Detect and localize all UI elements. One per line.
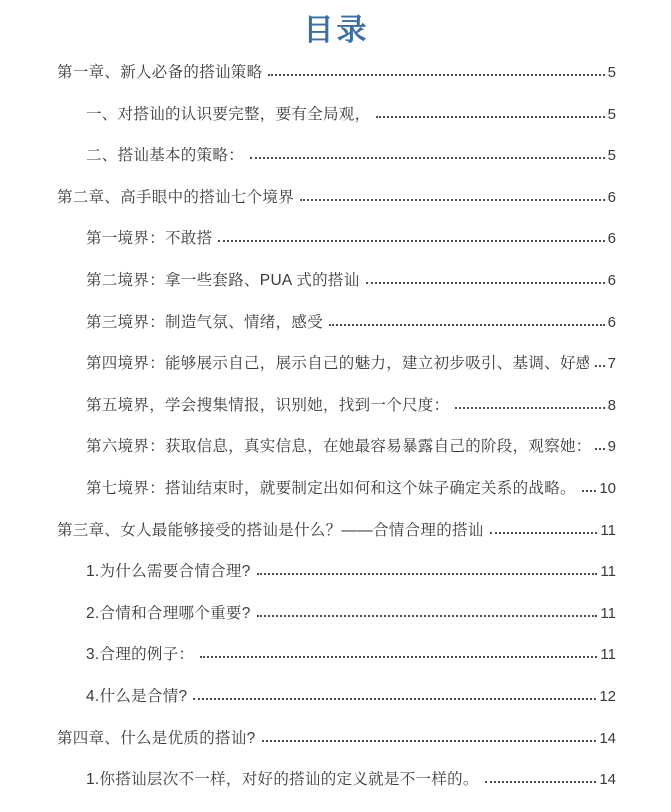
page-number: 6 [608, 272, 616, 289]
toc-entry-text: 一、对搭讪的认识要完整，要有全局观， [86, 94, 370, 136]
page-number: 11 [600, 646, 616, 663]
dot-leader [366, 282, 605, 284]
toc-entry[interactable]: 第四境界：能够展示自己，展示自己的魅力，建立初步吸引、基调、好感 7 [57, 343, 616, 385]
page-number: 5 [608, 147, 616, 164]
toc-entry[interactable]: 第五境界，学会搜集情报，识别她，找到一个尺度： 8 [57, 385, 616, 427]
toc-entry[interactable]: 二、搭讪基本的策略： 5 [57, 135, 616, 177]
toc-page: 目录 第一章、新人必备的搭讪策略 5 一、对搭讪的认识要完整，要有全局观， 5 … [0, 0, 671, 812]
page-number: 9 [608, 438, 616, 455]
toc-entry[interactable]: 第一境界：不敢搭 6 [57, 218, 616, 260]
toc-entry-text: 第七境界：搭讪结束时，就要制定出如何和这个妹子确定关系的战略。 [86, 468, 576, 510]
toc-entry[interactable]: 1.你搭讪层次不一样，对好的搭讪的定义就是不一样的。 14 [57, 759, 616, 801]
dot-leader [268, 74, 604, 76]
dot-leader [329, 324, 605, 326]
toc-entry-text: 3.合理的例子： [86, 634, 194, 676]
dot-leader [193, 698, 596, 700]
page-number: 6 [608, 314, 616, 331]
toc-entry[interactable]: 第四章、什么是优质的搭讪? 14 [57, 718, 616, 760]
toc-entry-text: 第六境界：获取信息，真实信息，在她最容易暴露自己的阶段，观察她： [86, 426, 589, 468]
toc-entry[interactable]: 第二章、高手眼中的搭讪七个境界 6 [57, 177, 616, 219]
dot-leader [455, 407, 604, 409]
dot-leader [485, 781, 597, 783]
page-number: 11 [600, 563, 616, 580]
page-number: 12 [599, 688, 616, 705]
toc-entry-text: 第三境界：制造气氛、情绪，感受 [86, 302, 323, 344]
toc-entry[interactable]: 2.合情和合理哪个重要? 11 [57, 593, 616, 635]
toc-entry[interactable]: 第三章、女人最能够接受的搭讪是什么？——合情合理的搭讪 11 [57, 510, 616, 552]
toc-entry[interactable]: 第二境界：拿一些套路、PUA 式的搭讪 6 [57, 260, 616, 302]
page-number: 10 [599, 480, 616, 497]
page-number: 11 [600, 522, 616, 539]
toc-entry[interactable]: 3.合理的例子： 11 [57, 634, 616, 676]
dot-leader [262, 740, 597, 742]
dot-leader [595, 365, 605, 367]
toc-entry-text: 第三章、女人最能够接受的搭讪是什么？——合情合理的搭讪 [57, 510, 484, 552]
dot-leader [582, 490, 597, 492]
toc-entry-text: 第四章、什么是优质的搭讪? [57, 718, 256, 760]
toc-entry[interactable]: 一、对搭讪的认识要完整，要有全局观， 5 [57, 94, 616, 136]
dot-leader [257, 573, 598, 575]
page-number: 11 [600, 605, 616, 622]
page-number: 6 [608, 189, 616, 206]
toc-entry-text: 第五境界，学会搜集情报，识别她，找到一个尺度： [86, 385, 449, 427]
toc-entry[interactable]: 4.什么是合情? 12 [57, 676, 616, 718]
toc-entry[interactable]: 第六境界：获取信息，真实信息，在她最容易暴露自己的阶段，观察她： 9 [57, 426, 616, 468]
toc-entry-text: 第二境界：拿一些套路、PUA 式的搭讪 [86, 260, 360, 302]
toc-entry[interactable]: 第七境界：搭讪结束时，就要制定出如何和这个妹子确定关系的战略。 10 [57, 468, 616, 510]
toc-entry[interactable]: 第三境界：制造气氛、情绪，感受 6 [57, 302, 616, 344]
toc-entry-text: 第二章、高手眼中的搭讪七个境界 [57, 177, 294, 219]
toc-entry-text: 4.什么是合情? [86, 676, 187, 718]
toc-entry-text: 1.你搭讪层次不一样，对好的搭讪的定义就是不一样的。 [86, 759, 479, 801]
dot-leader [200, 656, 597, 658]
toc-entry-text: 第一章、新人必备的搭讪策略 [57, 52, 262, 94]
page-number: 14 [599, 730, 616, 747]
toc-entry-text: 二、搭讪基本的策略： [86, 135, 244, 177]
toc-entry[interactable]: 1.为什么需要合情合理? 11 [57, 551, 616, 593]
toc-entry-text: 第一境界：不敢搭 [86, 218, 212, 260]
dot-leader [490, 532, 598, 534]
page-number: 14 [599, 771, 616, 788]
dot-leader [250, 157, 605, 159]
dot-leader [300, 199, 605, 201]
dot-leader [595, 448, 605, 450]
page-title: 目录 [57, 12, 616, 50]
page-number: 7 [608, 355, 616, 372]
toc-entry[interactable]: 第一章、新人必备的搭讪策略 5 [57, 52, 616, 94]
dot-leader [376, 116, 604, 118]
dot-leader [257, 615, 598, 617]
page-number: 8 [608, 397, 616, 414]
toc-entry-text: 第四境界：能够展示自己，展示自己的魅力，建立初步吸引、基调、好感 [86, 343, 589, 385]
toc-entry-text: 2.合情和合理哪个重要? [86, 593, 251, 635]
page-number: 5 [608, 64, 616, 81]
page-number: 6 [608, 230, 616, 247]
dot-leader [218, 240, 604, 242]
page-number: 5 [608, 106, 616, 123]
toc-list: 第一章、新人必备的搭讪策略 5 一、对搭讪的认识要完整，要有全局观， 5 二、搭… [57, 52, 616, 801]
toc-entry-text: 1.为什么需要合情合理? [86, 551, 251, 593]
